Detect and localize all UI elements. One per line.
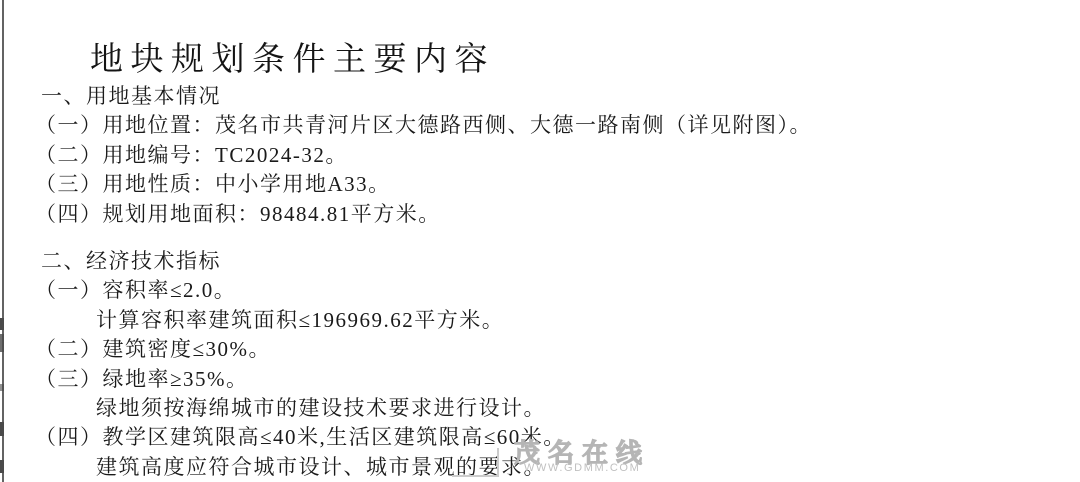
land-location-line: （一）用地位置：茂名市共青河片区大德路西侧、大德一路南侧（详见附图）。: [35, 111, 935, 140]
green-ratio-line: （三）绿地率≥35%。: [35, 365, 935, 394]
scan-artifact: [0, 334, 4, 352]
plot-ratio-line: （一）容积率≤2.0。: [35, 276, 935, 305]
scan-left-border-line: [2, 0, 4, 482]
document-body: 一、用地基本情况 （一）用地位置：茂名市共青河片区大德路西侧、大德一路南侧（详见…: [35, 82, 935, 482]
land-area-line: （四）规划用地面积：98484.81平方米。: [35, 200, 935, 229]
land-number-line: （二）用地编号：TC2024-32。: [35, 141, 935, 170]
land-use-type-line: （三）用地性质：中小学用地A33。: [35, 170, 935, 199]
scanned-document-page: 地块规划条件主要内容 一、用地基本情况 （一）用地位置：茂名市共青河片区大德路西…: [0, 0, 1080, 482]
scan-artifact: [0, 318, 4, 330]
section-1-heading: 一、用地基本情况: [35, 82, 935, 111]
watermark-url: WWW.GDMM.COM: [524, 462, 640, 474]
scan-artifact: [0, 384, 4, 391]
floor-area-line: 计算容积率建筑面积≤196969.62平方米。: [35, 306, 935, 335]
section-2-heading: 二、经济技术指标: [35, 247, 935, 276]
building-density-line: （二）建筑密度≤30%。: [35, 335, 935, 364]
green-design-note-line: 绿地须按海绵城市的建设技术要求进行设计。: [35, 394, 935, 423]
page-title: 地块规划条件主要内容: [90, 33, 495, 80]
scan-artifact: [0, 422, 4, 436]
watermark-bracket-icon: [452, 448, 499, 477]
scan-artifact: [0, 460, 4, 473]
